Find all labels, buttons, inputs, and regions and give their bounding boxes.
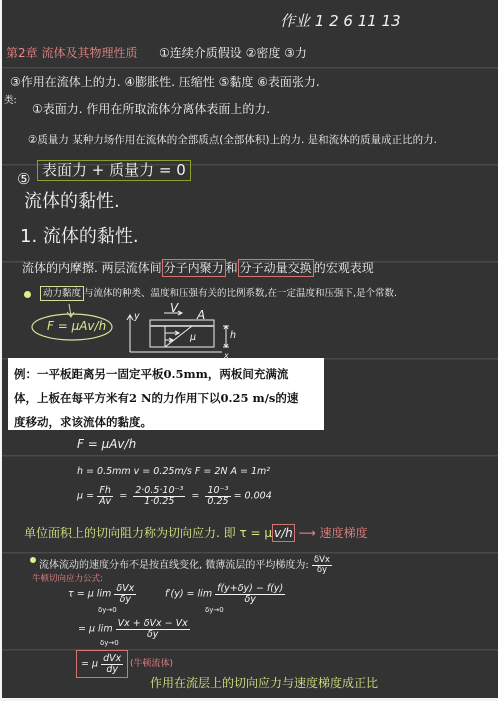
tau-fraction: δVxδy xyxy=(114,584,136,604)
shear-statement-text: 单位面积上的切向阻力称为切向应力. 即 τ = μ xyxy=(24,526,272,540)
step2-lhs: = μ lim xyxy=(78,624,113,635)
fraction-substituted: 2·0.5·10⁻³1·0.25 xyxy=(133,486,185,506)
nonlinear-bullet: 流体流动的速度分布不是按直线变化, 微薄流层的平均梯度为: δVxδy xyxy=(39,556,332,574)
frac-num: δVx xyxy=(114,584,136,595)
y-axis-label: y xyxy=(134,312,140,322)
tau-eq: τ = μ lim xyxy=(68,589,111,600)
h-label: h xyxy=(230,331,236,341)
lim-subscript-3: δy→0 xyxy=(100,640,119,647)
velocity-label: V xyxy=(170,302,178,314)
deriv-lhs: f′(y) = lim xyxy=(165,589,212,600)
velocity-gradient-box: v/h xyxy=(272,524,295,542)
final-fraction: dVxdy xyxy=(101,654,123,674)
frac-num: 10⁻³ xyxy=(205,486,230,497)
frac-num: Vx + δVx − Vx xyxy=(116,619,190,630)
shear-stress-statement: 单位面积上的切向阻力称为切向应力. 即 τ = μv/h ⟶ 速度梯度 xyxy=(24,527,368,539)
example-line-1: 例：一平板距离另一固定平板0.5mm，两板间充满流 xyxy=(14,362,324,386)
frac-den: 1·0.25 xyxy=(133,497,185,507)
frac-den: δy xyxy=(312,566,332,575)
frac-den: δy xyxy=(116,630,190,640)
solution-result: = 0.004 xyxy=(234,491,272,502)
frac-den: dy xyxy=(101,665,123,675)
frac-den: 0.25 xyxy=(205,497,230,507)
fraction-simplified: 10⁻³0.25 xyxy=(205,486,230,506)
fraction-fh-av: FhAv xyxy=(97,486,113,506)
frac-num: 2·0.5·10⁻³ xyxy=(133,486,185,497)
frac-num: Fh xyxy=(97,486,113,497)
area-label: A xyxy=(197,309,205,321)
lim-subscript-2: δy→0 xyxy=(205,607,224,614)
derivative-fraction: f(y+δy) − f(y)δy xyxy=(215,584,285,604)
derivative-definition: f′(y) = lim f(y+δy) − f(y)δy xyxy=(165,584,285,604)
tau-limit-expression: τ = μ lim δVxδy xyxy=(68,584,136,604)
example-problem: 例：一平板距离另一固定平板0.5mm，两板间充满流 体，上板在每平方米有2 N的… xyxy=(8,358,324,430)
mu-lhs: μ = xyxy=(77,491,94,502)
newton-viscosity-law: = μ dVxdy xyxy=(76,650,128,678)
notes-page: 作业 1 2 6 11 13 第2章 流体及其物理性质 ①连续介质假设 ②密度 … xyxy=(2,0,498,698)
frac-num: dVx xyxy=(101,654,123,665)
conclusion: 作用在流层上的切向应力与速度梯度成正比 xyxy=(150,677,378,689)
frac-den: δy xyxy=(114,595,136,605)
avg-gradient-fraction: δVxδy xyxy=(312,556,332,574)
newtonian-fluid-note: (牛顿流体) xyxy=(130,660,173,669)
tau-step-2: = μ lim Vx + δVx − Vxδy xyxy=(78,619,190,639)
step2-fraction: Vx + δVx − Vxδy xyxy=(116,619,190,639)
example-line-2: 体，上板在每平方米有2 N的力作用下以0.25 m/s的速 xyxy=(14,386,324,410)
mu-label: μ xyxy=(190,333,196,343)
frac-num: f(y+δy) − f(y) xyxy=(215,584,285,595)
velocity-gradient-note: ⟶ 速度梯度 xyxy=(299,526,368,540)
nonlinear-text: 流体流动的速度分布不是按直线变化, 微薄流层的平均梯度为: xyxy=(39,560,309,571)
solution-formula: F = μAv/h xyxy=(77,438,136,450)
frac-den: Av xyxy=(97,497,113,507)
lim-subscript: δy→0 xyxy=(98,607,117,614)
frac-den: δy xyxy=(215,595,285,605)
bullet-dot xyxy=(30,557,36,563)
solution-calculation: μ = FhAv = 2·0.5·10⁻³1·0.25 = 10⁻³0.25 =… xyxy=(77,486,272,506)
example-line-3: 度移动，求该流体的黏度。 xyxy=(14,410,324,434)
final-lhs: = μ xyxy=(81,659,98,670)
solution-givens: h = 0.5mm v = 0.25m/s F = 2N A = 1m² xyxy=(77,467,270,477)
newton-law-label: 牛顿切向应力公式: xyxy=(32,575,103,584)
